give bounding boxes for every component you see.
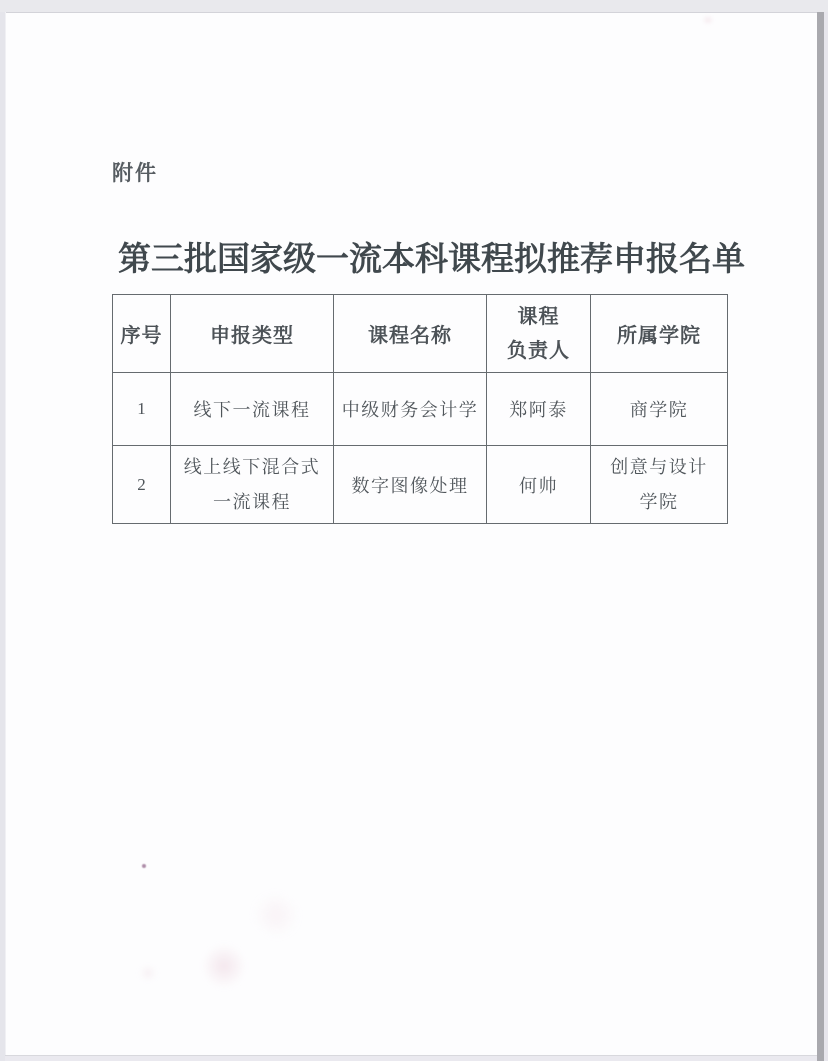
attachment-label: 附件	[112, 157, 158, 187]
cell-course-leader: 郑阿泰	[487, 373, 591, 446]
cell-college: 创意与设计学院	[591, 446, 728, 524]
table-row: 2 线上线下混合式一流课程 数字图像处理 何帅 创意与设计学院	[113, 446, 728, 524]
scan-edge-left	[0, 12, 6, 1061]
cell-course-name: 中级财务会计学	[334, 373, 487, 446]
cell-index: 1	[113, 373, 171, 446]
table-row: 1 线下一流课程 中级财务会计学 郑阿泰 商学院	[113, 373, 728, 446]
cell-application-type: 线上线下混合式一流课程	[171, 446, 334, 524]
cell-course-leader: 何帅	[487, 446, 591, 524]
cell-application-type-text: 线上线下混合式一流课程	[181, 450, 323, 520]
cell-college-text: 创意与设计学院	[607, 450, 711, 520]
cell-course-name: 数字图像处理	[334, 446, 487, 524]
scan-edge-top	[0, 0, 828, 13]
scan-artifact-smudge	[203, 942, 245, 990]
document-title: 第三批国家级一流本科课程拟推荐申报名单	[118, 233, 734, 280]
column-header-application-type: 申报类型	[171, 295, 334, 373]
scan-edge-bottom	[5, 1055, 817, 1061]
scan-artifact-smudge	[243, 884, 309, 947]
column-header-course-leader: 课程 负责人	[487, 295, 591, 373]
scan-artifact-speck	[704, 17, 712, 23]
scan-artifact-smudge	[138, 966, 158, 980]
cell-application-type: 线下一流课程	[171, 373, 334, 446]
course-leader-line1: 课程	[489, 300, 588, 334]
scan-edge-right-shadow	[817, 12, 824, 1061]
column-header-index: 序号	[113, 295, 171, 373]
table-header-row: 序号 申报类型 课程名称 课程 负责人 所属学院	[113, 295, 728, 373]
scan-edge-right-outer	[824, 12, 828, 1061]
scan-artifact-dot	[142, 864, 146, 868]
cell-college: 商学院	[591, 373, 728, 446]
course-leader-line2: 负责人	[489, 334, 588, 368]
cell-index: 2	[113, 446, 171, 524]
scanned-document-page: 附件 第三批国家级一流本科课程拟推荐申报名单 序号 申报类型 课程名称 课程 负…	[0, 0, 828, 1061]
column-header-college: 所属学院	[591, 295, 728, 373]
column-header-course-name: 课程名称	[334, 295, 487, 373]
course-table: 序号 申报类型 课程名称 课程 负责人 所属学院 1 线下一流课程 中级财务会计…	[112, 294, 728, 524]
